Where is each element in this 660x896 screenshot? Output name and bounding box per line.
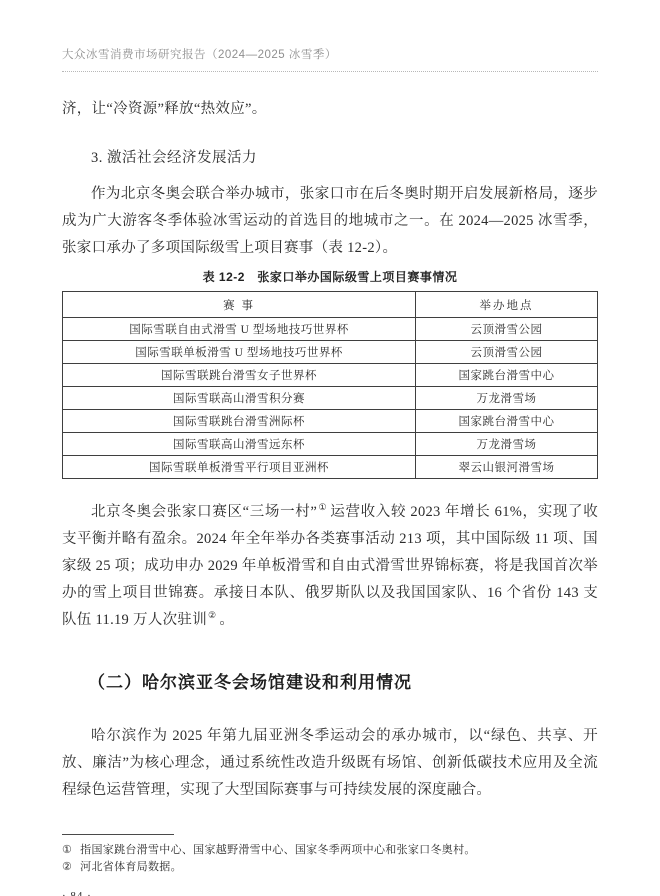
section-heading-harbin: （二）哈尔滨亚冬会场馆建设和利用情况 (62, 668, 598, 693)
event-cell: 国际雪联自由式滑雪 U 型场地技巧世界杯 (63, 318, 416, 341)
paragraph-harbin: 哈尔滨作为 2025 年第九届亚洲冬季运动会的承办城市，以“绿色、共享、开放、廉… (62, 723, 598, 804)
footnote-1-marker: ① (62, 844, 72, 856)
venue-cell: 云顶滑雪公园 (416, 318, 598, 341)
footnote-2-marker: ② (62, 861, 72, 873)
table-row: 国际雪联单板滑雪 U 型场地技巧世界杯 云顶滑雪公园 (63, 341, 598, 364)
table-row: 国际雪联跳台滑雪女子世界杯 国家跳台滑雪中心 (63, 364, 598, 387)
paragraph-continued: 济，让“冷资源”释放“热效应”。 (62, 98, 598, 120)
table-row: 国际雪联单板滑雪平行项目亚洲杯 翠云山银河滑雪场 (63, 456, 598, 479)
table-header-row: 赛 事 举办地点 (63, 292, 598, 318)
footnotes-block: ①指国家跳台滑雪中心、国家越野滑雪中心、国家冬季两项中心和张家口冬奥村。 ②河北… (62, 834, 598, 876)
table-row: 国际雪联高山滑雪积分赛 万龙滑雪场 (63, 387, 598, 410)
column-header-venue: 举办地点 (416, 292, 598, 318)
sub-heading-3: 3. 激活社会经济发展活力 (62, 146, 598, 167)
venue-cell: 万龙滑雪场 (416, 433, 598, 456)
events-table-body: 国际雪联自由式滑雪 U 型场地技巧世界杯 云顶滑雪公园 国际雪联单板滑雪 U 型… (63, 318, 598, 479)
page-number: · 84 · (62, 890, 598, 896)
table-row: 国际雪联跳台滑雪洲际杯 国家跳台滑雪中心 (63, 410, 598, 433)
table-row: 国际雪联高山滑雪远东杯 万龙滑雪场 (63, 433, 598, 456)
event-cell: 国际雪联单板滑雪 U 型场地技巧世界杯 (63, 341, 416, 364)
footnote-ref-1: ① (318, 502, 327, 512)
events-table-head: 赛 事 举办地点 (63, 292, 598, 318)
footnote-2-text: 河北省体育局数据。 (80, 861, 182, 873)
footnote-1-text: 指国家跳台滑雪中心、国家越野滑雪中心、国家冬季两项中心和张家口冬奥村。 (80, 844, 476, 856)
document-page: 大众冰雪消费市场研究报告（2024—2025 冰雪季） 济，让“冷资源”释放“热… (0, 0, 660, 896)
event-cell: 国际雪联高山滑雪积分赛 (63, 387, 416, 410)
event-cell: 国际雪联高山滑雪远东杯 (63, 433, 416, 456)
report-title: 大众冰雪消费市场研究报告（2024—2025 冰雪季） (62, 49, 337, 61)
column-header-event: 赛 事 (63, 292, 416, 318)
footnote-ref-2: ② (208, 610, 216, 620)
table-row: 国际雪联自由式滑雪 U 型场地技巧世界杯 云顶滑雪公园 (63, 318, 598, 341)
venue-cell: 翠云山银河滑雪场 (416, 456, 598, 479)
revenue-text-3: 。 (219, 612, 234, 628)
footnote-divider (62, 834, 174, 835)
venue-cell: 国家跳台滑雪中心 (416, 410, 598, 433)
paragraph-zhangjiakou: 作为北京冬奥会联合举办城市，张家口市在后冬奥时期开启发展新格局，逐步成为广大游客… (62, 181, 598, 262)
paragraph-olympic-revenue: 北京冬奥会张家口赛区“三场一村”①运营收入较 2023 年增长 61%，实现了收… (62, 499, 598, 634)
venue-cell: 国家跳台滑雪中心 (416, 364, 598, 387)
event-cell: 国际雪联单板滑雪平行项目亚洲杯 (63, 456, 416, 479)
event-cell: 国际雪联跳台滑雪女子世界杯 (63, 364, 416, 387)
revenue-text-2: 运营收入较 2023 年增长 61%，实现了收支平衡并略有盈余。2024 年全年… (62, 504, 598, 628)
revenue-text-1: 北京冬奥会张家口赛区“三场一村” (91, 504, 317, 520)
venue-cell: 万龙滑雪场 (416, 387, 598, 410)
event-cell: 国际雪联跳台滑雪洲际杯 (63, 410, 416, 433)
running-head: 大众冰雪消费市场研究报告（2024—2025 冰雪季） (62, 46, 598, 72)
venue-cell: 云顶滑雪公园 (416, 341, 598, 364)
footnote-1: ①指国家跳台滑雪中心、国家越野滑雪中心、国家冬季两项中心和张家口冬奥村。 (62, 842, 598, 859)
events-table: 赛 事 举办地点 国际雪联自由式滑雪 U 型场地技巧世界杯 云顶滑雪公园 国际雪… (62, 291, 598, 479)
table-caption: 表 12-2 张家口举办国际级雪上项目赛事情况 (62, 268, 598, 285)
footnote-2: ②河北省体育局数据。 (62, 859, 598, 876)
